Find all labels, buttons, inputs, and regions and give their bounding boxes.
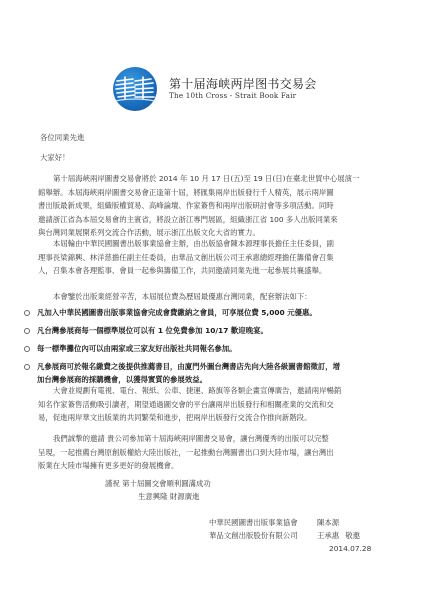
benefit-item: 每一標準攤位內可以由兩家或三家友好出版社共同報名參加。 (24, 342, 404, 355)
benefit-text: 每一標準攤位內可以由兩家或三家友好出版社共同報名參加。 (37, 342, 237, 355)
signature-row: 華品文創出版股份有限公司 王承惠 敬邀 (209, 529, 371, 542)
letterhead: 第十届海峡两岸图书交易会 The 10th Cross - Strait Boo… (113, 67, 317, 111)
paragraph-line: 版業在大陸市場擁有更多更好的發展機會。 (38, 459, 388, 473)
paragraph-line: 本會鑒於出版業經營辛苦，本屆展位費為歷屆最優惠台灣同業，配套辦法如下： (38, 290, 388, 304)
letter-page: 第十届海峡两岸图书交易会 The 10th Cross - Strait Boo… (0, 0, 425, 600)
closing-wishes: 謹祝 第十屆圖交會順利圓滿成功 生意興隆 財源廣進 (105, 478, 211, 503)
signature-row: 中華民國圖書出版事業協會 陳本源 (209, 516, 371, 529)
paragraph-promotion: 大會並規劃有電視、電台、報紙、公車、捷運、路旗等各類企畫宣傳廣告，邀請兩岸暢銷 … (38, 384, 388, 425)
paragraph-line: 館舉辦。本屆海峽兩岸圖書交易會正逢第十屆，將匯集兩岸出版發行千人精英，展示兩岸圖 (38, 186, 388, 200)
paragraph-line: 本屆輪由中華民國圖書出版事業協會主辦，由出版協會陳本源理事長擔任主任委員，副 (38, 237, 388, 251)
benefit-text: 凡加入中華民國圖書出版事業協會完成會費繳納之會員，可享展位費 5,000 元優惠… (37, 306, 317, 319)
closing-line: 謹祝 第十屆圖交會順利圓滿成功 (105, 478, 211, 491)
paragraph-line: 理事長梁錦興、林洋慈擔任副主任委員，由華品文創出版公司王承惠總經理擔任籌備會召集 (38, 251, 388, 265)
bullet-circle-icon (24, 310, 30, 316)
benefit-item: 凡加入中華民國圖書出版事業協會完成會費繳納之會員，可享展位費 5,000 元優惠… (24, 306, 404, 319)
signatory-organization: 華品文創出版股份有限公司 (209, 529, 317, 542)
letter-date: 2014.07.28 (209, 542, 371, 555)
bullet-circle-icon (24, 328, 30, 334)
benefits-list: 凡加入中華民國圖書出版事業協會完成會費繳納之會員，可享展位費 5,000 元優惠… (24, 306, 404, 391)
paragraph-line: 呈現，一起推薦台灣原創版權給大陸出版社，一起推動台灣圖書出口到大陸市場，讓台灣出 (38, 446, 388, 460)
fair-title: 第十届海峡两岸图书交易会 The 10th Cross - Strait Boo… (169, 77, 317, 101)
benefit-text: 凡參展商可於報名繳費之後提供推薦書目，由廈門外圖台灣書店先向大陸各級圖書館徵訂，… (37, 360, 340, 373)
paragraph-line: 邀請浙江省為本屆交易會的主賓省，將設立浙江專門展區，組織浙江省 100 多人出版… (38, 213, 388, 227)
book-fair-logo-icon (113, 67, 157, 111)
signatory-name: 陳本源 (317, 516, 339, 529)
paragraph-line: 大會並規劃有電視、電台、報紙、公車、捷運、路旗等各類企畫宣傳廣告，邀請兩岸暢銷 (38, 384, 388, 398)
signatory-organization: 中華民國圖書出版事業協會 (209, 516, 317, 529)
paragraph-line: 人，召集本會各理監事、會員一起參與籌備工作，共同邀請同業先進一起參展共襄盛舉。 (38, 264, 388, 278)
paragraph-line: 易，促進兩岸華文出版業的共同繁榮和進步，把兩岸出版發行交流合作推向新階段。 (38, 411, 388, 425)
salutation: 各位同業先進 (40, 131, 84, 144)
paragraph-line: 知名作家簽售活動吸引讀者，期望通過圖交會的平台讓兩岸出版發行和相關產業的交流和交 (38, 398, 388, 412)
fair-title-chinese: 第十届海峡两岸图书交易会 (169, 77, 317, 91)
paragraph-event-intro: 第十屆海峽兩岸圖書交易會將於 2014 年 10 月 17 日(五)至 19 日… (38, 172, 388, 240)
greeting: 大家好！ (40, 151, 70, 164)
benefit-item: 凡參展商可於報名繳費之後提供推薦書目，由廈門外圖台灣書店先向大陸各級圖書館徵訂，… (24, 360, 404, 386)
benefit-item: 凡台灣參展商每一個標準展位可以有 1 位免費參加 10/17 歡迎晚宴。 (24, 324, 404, 337)
paragraph-discount-intro: 本會鑒於出版業經營辛苦，本屆展位費為歷屆最優惠台灣同業，配套辦法如下： (38, 290, 388, 304)
fair-title-english: The 10th Cross - Strait Book Fair (169, 91, 317, 101)
bullet-circle-icon (24, 364, 30, 370)
paragraph-line: 第十屆海峽兩岸圖書交易會將於 2014 年 10 月 17 日(五)至 19 日… (38, 172, 388, 186)
signature-block: 中華民國圖書出版事業協會 陳本源 華品文創出版股份有限公司 王承惠 敬邀 201… (209, 516, 371, 555)
bullet-circle-icon (24, 346, 30, 352)
benefit-text: 凡台灣參展商每一個標準展位可以有 1 位免費參加 10/17 歡迎晚宴。 (37, 324, 268, 337)
paragraph-line: 我們誠摯的邀請 貴公司參加第十屆海峽兩岸圖書交易會，讓台灣優秀的出版可以完整 (38, 432, 388, 446)
paragraph-organizers: 本屆輪由中華民國圖書出版事業協會主辦，由出版協會陳本源理事長擔任主任委員，副 理… (38, 237, 388, 278)
signatory-suffix: 敬邀 (345, 529, 360, 542)
paragraph-invitation: 我們誠摯的邀請 貴公司參加第十屆海峽兩岸圖書交易會，讓台灣優秀的出版可以完整 呈… (38, 432, 388, 473)
signatory-name: 王承惠 (317, 529, 339, 542)
closing-line: 生意興隆 財源廣進 (105, 491, 211, 504)
paragraph-line: 書出版最新成果，組織版權貿易、高峰論壇、作家簽售和兩岸出版研討會等多項活動。同時 (38, 199, 388, 213)
